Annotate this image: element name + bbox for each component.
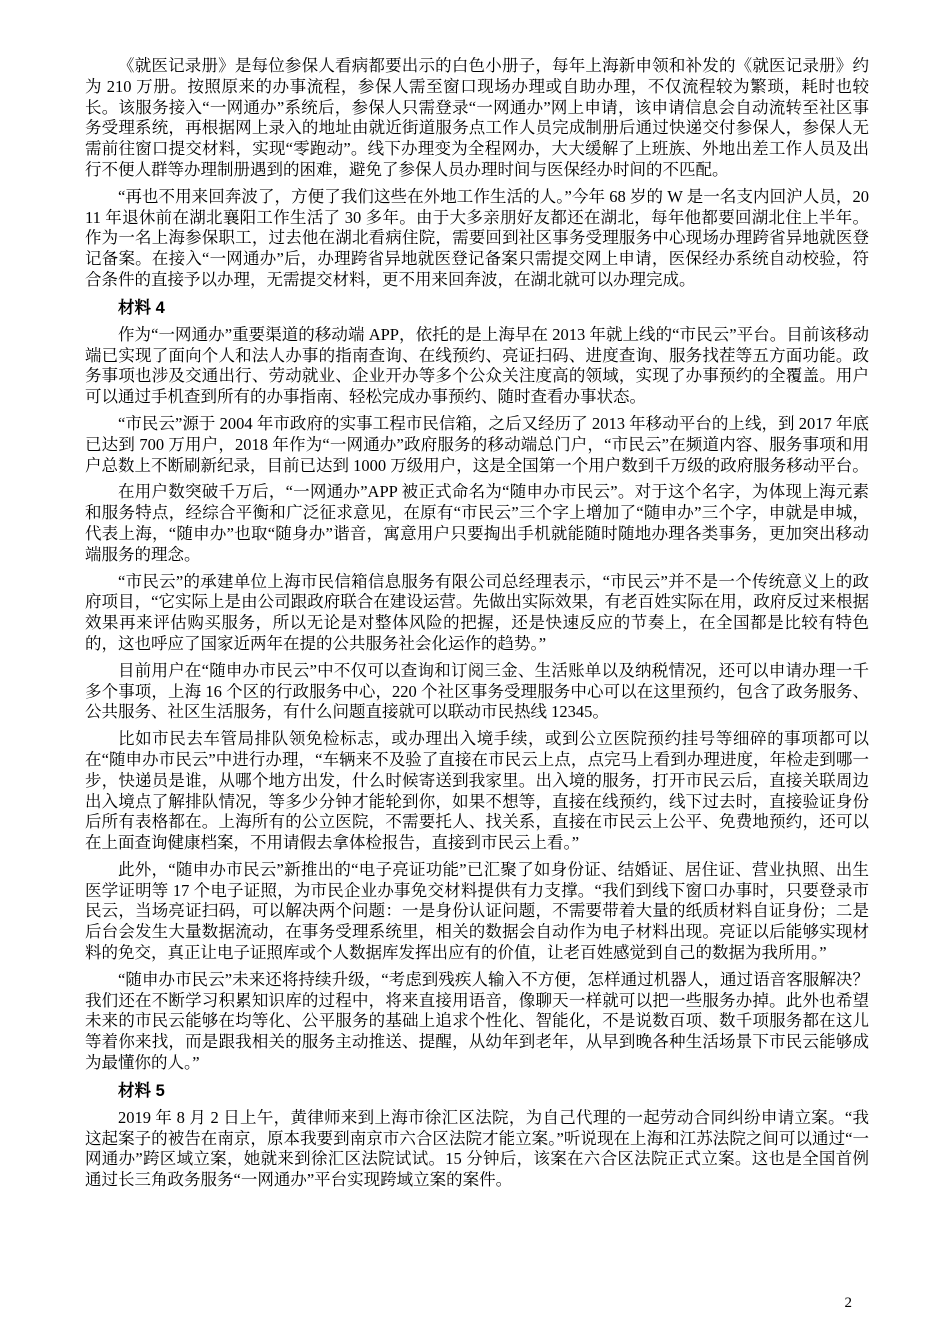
paragraph-electronic-licenses: 此外，“随申办市民云”新推出的“电子亮证功能”已汇聚了如身份证、结婚证、居住证、… — [85, 860, 869, 964]
paragraph-citizen-cloud-history: “市民云”源于 2004 年市政府的实事工程市民信箱，之后又经历了 2013 年… — [85, 414, 869, 476]
heading-material-5: 材料 5 — [85, 1081, 869, 1102]
paragraph-medical-record-booklet: 《就医记录册》是每位参保人看病都要出示的白色小册子，每年上海新申领和补发的《就医… — [85, 56, 869, 181]
paragraph-retiree-hubei-case: “再也不用来回奔波了，方便了我们这些在外地工作生活的人。”今年 68 岁的 W … — [85, 187, 869, 291]
paragraph-cross-region-filing: 2019 年 8 月 2 日上午，黄律师来到上海市徐汇区法院，为自己代理的一起劳… — [85, 1108, 869, 1191]
paragraph-future-upgrades: “随申办市民云”未来还将持续升级，“考虑到残疾人输入不方便，怎样通过机器人，通过… — [85, 970, 869, 1074]
paragraph-app-renaming: 在用户数突破千万后，“一网通办”APP 被正式命名为“随申办市民云”。对于这个名… — [85, 482, 869, 565]
paragraph-general-manager-quote: “市民云”的承建单位上海市民信箱信息服务有限公司总经理表示，“市民云”并不是一个… — [85, 572, 869, 655]
paragraph-citizen-cloud-app-intro: 作为“一网通办”重要渠道的移动端 APP，依托的是上海早在 2013 年就上线的… — [85, 325, 869, 408]
document-page: 《就医记录册》是每位参保人看病都要出示的白色小册子，每年上海新申领和补发的《就医… — [0, 0, 950, 1344]
paragraph-current-user-services: 目前用户在“随申办市民云”中不仅可以查询和订阅三金、生活账单以及纳税情况，还可以… — [85, 661, 869, 723]
heading-material-4: 材料 4 — [85, 298, 869, 319]
page-number: 2 — [845, 1294, 853, 1312]
paragraph-service-examples: 比如市民去车管局排队领免检标志，或办理出入境手续，或到公立医院预约挂号等细碎的事… — [85, 729, 869, 854]
document-body: 《就医记录册》是每位参保人看病都要出示的白色小册子，每年上海新申领和补发的《就医… — [85, 56, 869, 1197]
